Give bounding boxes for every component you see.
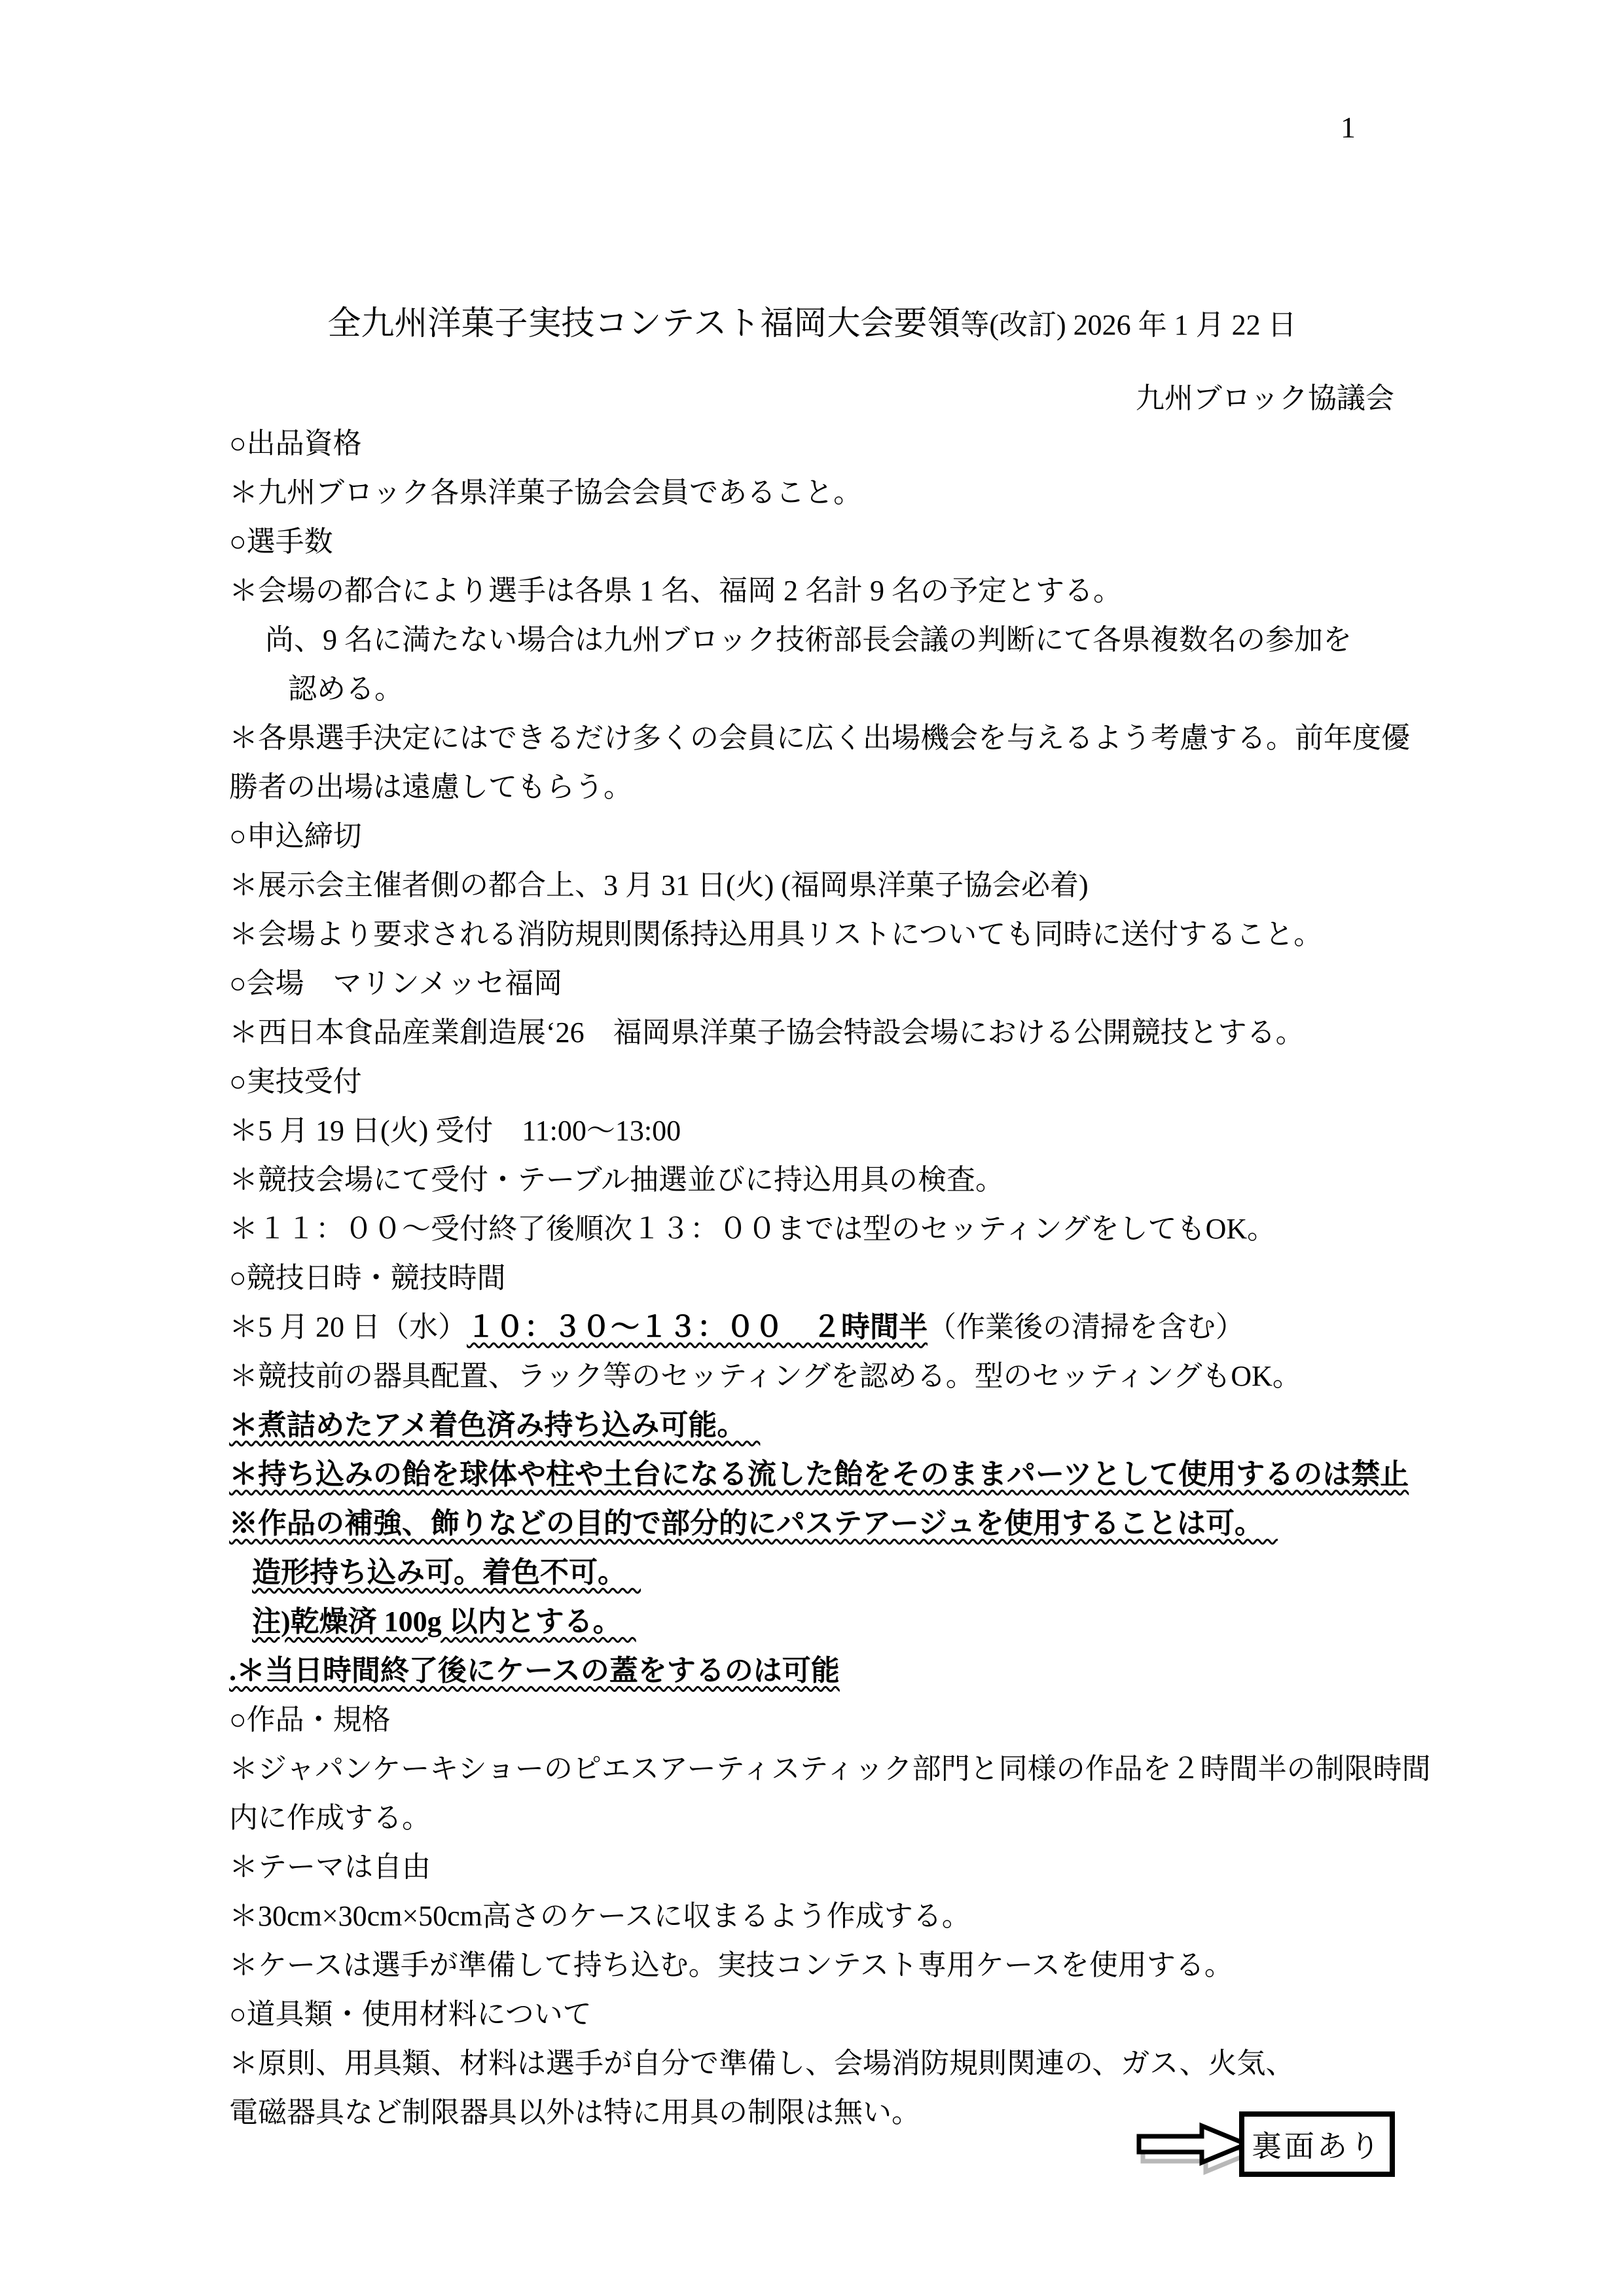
text-segment: 尚、9 名に満たない場合は九州ブロック技術部長会議の判断にて各県複数名の参加を	[265, 624, 1352, 656]
document-line: ＊九州ブロック各県洋菓子協会会員であること。	[229, 468, 1401, 517]
document-line: 尚、9 名に満たない場合は九州ブロック技術部長会議の判断にて各県複数名の参加を	[229, 615, 1401, 664]
text-segment: ＊原則、用具類、材料は選手が自分で準備し、会場消防規則関連の、ガス、火気、	[229, 2047, 1295, 2079]
document-line: ＊西日本食品産業創造展‘26 福岡県洋菓子協会特設会場における公開競技とする。	[229, 1008, 1401, 1057]
text-segment: （作業後の清掃を含む）	[928, 1311, 1244, 1343]
document-line: ＊ジャパンケーキショーのピエスアーティスティック部門と同様の作品を２時間半の制限…	[229, 1744, 1401, 1793]
text-segment: ＊ジャパンケーキショーのピエスアーティスティック部門と同様の作品を２時間半の制限…	[229, 1753, 1431, 1785]
text-segment: ＊煮詰めたアメ着色済み持ち込み可能。	[229, 1409, 760, 1441]
back-note-box: 裏面あり	[1239, 2111, 1395, 2177]
document-line: ※作品の補強、飾りなどの目的で部分的にパステアージュを使用することは可。	[229, 1499, 1401, 1548]
document-line: ○会場 マリンメッセ福岡	[229, 959, 1401, 1008]
text-segment: ＊持ち込みの飴を球体や柱や土台になる流した飴をそのままパーツとして使用するのは禁…	[229, 1458, 1409, 1490]
document-line: ＊5 月 19 日(火) 受付 11:00～13:00	[229, 1106, 1401, 1155]
document-line: ○出品資格	[229, 419, 1401, 468]
document-body: ○出品資格＊九州ブロック各県洋菓子協会会員であること。○選手数＊会場の都合により…	[229, 419, 1401, 2137]
document-line: ○実技受付	[229, 1057, 1401, 1106]
document-line: ＊5 月 20 日（水）１０：３０～１３：００ ２時間半（作業後の清掃を含む）	[229, 1302, 1401, 1352]
document-line: ＊各県選手決定にはできるだけ多くの会員に広く出場機会を与えるよう考慮する。前年度…	[229, 713, 1401, 762]
text-segment: ＊各県選手決定にはできるだけ多くの会員に広く出場機会を与えるよう考慮する。前年度…	[229, 722, 1410, 754]
document-line: ＊１１：００～受付終了後順次１３：００までは型のセッティングをしてもOK。	[229, 1204, 1401, 1253]
text-segment: ＊競技会場にて受付・テーブル抽選並びに持込用具の検査。	[229, 1164, 1004, 1196]
document-line: ＊煮詰めたアメ着色済み持ち込み可能。	[229, 1401, 1401, 1450]
document-line: ○道具類・使用材料について	[229, 1990, 1401, 2039]
text-segment: ＊１１：００～受付終了後順次１３：００までは型のセッティングをしてもOK。	[229, 1213, 1276, 1245]
document-line: .＊当日時間終了後にケースの蓋をするのは可能	[229, 1646, 1401, 1695]
text-segment: .＊当日時間終了後にケースの蓋をするのは可能	[229, 1655, 840, 1687]
document-title: 全九州洋菓子実技コンテスト福岡大会要領等(改訂) 2026 年 1 月 22 日	[0, 296, 1624, 344]
document-line: ＊原則、用具類、材料は選手が自分で準備し、会場消防規則関連の、ガス、火気、	[229, 2039, 1401, 2088]
text-segment: ○会場 マリンメッセ福岡	[229, 967, 562, 999]
text-segment: ＊会場の都合により選手は各県 1 名、福岡 2 名計 9 名の予定とする。	[229, 575, 1122, 607]
text-segment: ＊テーマは自由	[229, 1851, 431, 1883]
text-segment: ○道具類・使用材料について	[229, 1998, 592, 2030]
text-segment: ＊九州ブロック各県洋菓子協会会員であること。	[229, 476, 862, 509]
document-line: ＊展示会主催者側の都合上、3 月 31 日(火) (福岡県洋菓子協会必着)	[229, 861, 1401, 910]
document-line: ＊30cm×30cm×50cm高さのケースに収まるよう作成する。	[229, 1892, 1401, 1941]
text-segment: ＊30cm×30cm×50cm高さのケースに収まるよう作成する。	[229, 1900, 971, 1932]
text-segment: ※作品の補強、飾りなどの目的で部分的にパステアージュを使用することは可。	[229, 1507, 1278, 1539]
document-line: ○作品・規格	[229, 1695, 1401, 1744]
text-segment: 認める。	[288, 673, 403, 705]
document-line: 勝者の出場は遠慮してもらう。	[229, 762, 1401, 812]
document-line: ○競技日時・競技時間	[229, 1253, 1401, 1302]
document-line: 注)乾燥済 100g 以内とする。	[229, 1597, 1401, 1646]
document-title-main: 全九州洋菓子実技コンテスト福岡大会要領	[327, 306, 960, 342]
text-segment: ○出品資格	[229, 427, 362, 459]
document-title-sub: 等(改訂) 2026 年 1 月 22 日	[960, 309, 1296, 341]
text-segment: ＊ケースは選手が準備して持ち込む。実技コンテスト専用ケースを使用する。	[229, 1949, 1233, 1981]
text-segment: ＊会場より要求される消防規則関係持込用具リストについても同時に送付すること。	[229, 918, 1322, 950]
document-line: ＊会場の都合により選手は各県 1 名、福岡 2 名計 9 名の予定とする。	[229, 566, 1401, 615]
text-segment: ＊西日本食品産業創造展‘26 福岡県洋菓子協会特設会場における公開競技とする。	[229, 1016, 1305, 1049]
text-segment: 造形持ち込み可。着色不可。	[252, 1556, 641, 1588]
right-block-arrow-icon	[1136, 2119, 1252, 2182]
text-segment: １０：３０～１３：００ ２時間半	[467, 1311, 928, 1343]
text-segment: ○競技日時・競技時間	[229, 1262, 506, 1294]
text-segment: ＊5 月 20 日（水）	[229, 1311, 467, 1343]
document-line: 認める。	[229, 664, 1401, 713]
document-line: ＊テーマは自由	[229, 1842, 1401, 1892]
document-line: ＊ケースは選手が準備して持ち込む。実技コンテスト専用ケースを使用する。	[229, 1941, 1401, 1990]
document-line: ○申込締切	[229, 812, 1401, 861]
text-segment: 勝者の出場は遠慮してもらう。	[229, 771, 632, 803]
document-line: 造形持ち込み可。着色不可。	[229, 1548, 1401, 1597]
text-segment: ○実技受付	[229, 1066, 362, 1098]
document-line: ＊会場より要求される消防規則関係持込用具リストについても同時に送付すること。	[229, 910, 1401, 959]
document-line: ○選手数	[229, 517, 1401, 566]
text-segment: 内に作成する。	[229, 1802, 431, 1834]
document-line: ＊競技会場にて受付・テーブル抽選並びに持込用具の検査。	[229, 1155, 1401, 1204]
text-segment: 電磁器具など制限器具以外は特に用具の制限は無い。	[229, 2096, 920, 2128]
text-segment: ○選手数	[229, 526, 333, 558]
document-page: 1 全九州洋菓子実技コンテスト福岡大会要領等(改訂) 2026 年 1 月 22…	[0, 0, 1624, 2296]
organization-name: 九州ブロック協議会	[1136, 374, 1394, 416]
text-segment: ＊5 月 19 日(火) 受付 11:00～13:00	[229, 1115, 681, 1147]
page-number: 1	[1341, 111, 1356, 144]
document-line: 内に作成する。	[229, 1793, 1401, 1842]
text-segment: ＊展示会主催者側の都合上、3 月 31 日(火) (福岡県洋菓子協会必着)	[229, 869, 1089, 901]
document-line: ＊競技前の器具配置、ラック等のセッティングを認める。型のセッティングもOK。	[229, 1352, 1401, 1401]
text-segment: ○申込締切	[229, 820, 362, 852]
text-segment: ○作品・規格	[229, 1704, 391, 1736]
back-note-label: 裏面あり	[1252, 2123, 1382, 2166]
document-line: ＊持ち込みの飴を球体や柱や土台になる流した飴をそのままパーツとして使用するのは禁…	[229, 1450, 1401, 1499]
text-segment: ＊競技前の器具配置、ラック等のセッティングを認める。型のセッティングもOK。	[229, 1360, 1301, 1392]
text-segment: 注)乾燥済 100g 以内とする。	[252, 1605, 636, 1638]
